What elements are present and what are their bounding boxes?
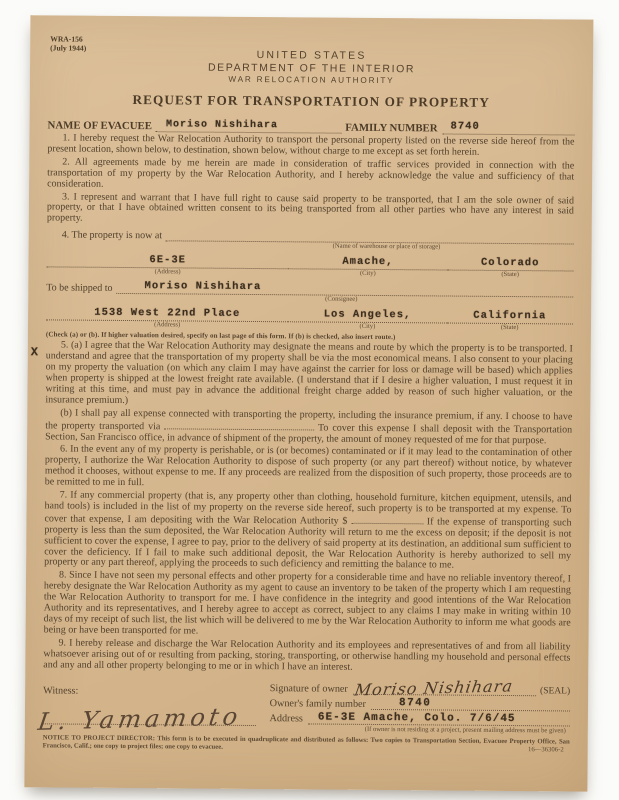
property-location-label: 4. The property is now at [47, 230, 162, 242]
gpo-print-code: 16—36306-2 [528, 746, 564, 754]
paragraph-8: 8. Since I have not seen my personal eff… [44, 571, 571, 641]
evacuee-name-field: Moriso Nishihara [156, 119, 341, 133]
paragraph-6: 6. In the event any of my property is pe… [45, 445, 572, 493]
seal-label: (SEAL) [540, 686, 570, 696]
witness-signature: L. Yamamoto [36, 702, 243, 735]
origin-state-caption: (State) [447, 270, 574, 278]
destination-city-field: Los Angeles, [288, 308, 446, 323]
project-director-notice: NOTICE TO PROJECT DIRECTOR: This form is… [43, 734, 570, 753]
document-title: REQUEST FOR TRANSPORTATION OF PROPERTY [48, 91, 575, 111]
owner-address-caption: (If owner is not residing at a project, … [269, 725, 569, 735]
paragraph-1: 1. I hereby request the War Relocation A… [47, 133, 574, 159]
family-number-label: FAMILY NUMBER [345, 122, 437, 135]
check-x-mark: X [31, 348, 38, 359]
destination-address-caption: (Address) [46, 320, 288, 329]
project-director-notice-text: NOTICE TO PROJECT DIRECTOR: This form is… [43, 734, 570, 750]
consignee-caption: (Consignee) [289, 296, 394, 304]
destination-state-caption: (State) [446, 323, 573, 331]
paragraph-5b: (b) I shall pay all expense connected wi… [45, 408, 572, 447]
deposit-amount-blank [351, 515, 423, 525]
agency-header: UNITED STATES DEPARTMENT OF THE INTERIOR… [48, 47, 575, 86]
paragraph-5a: X 5. (a) I agree that the War Relocation… [45, 341, 572, 411]
ship-to-label: To be shipped to [46, 283, 112, 295]
owner-address-row: Address 6E-3E Amache, Colo. 7/6/45 [269, 711, 569, 726]
evacuee-name-label: NAME OF EVACUEE [48, 119, 152, 132]
origin-address-caption: (Address) [46, 267, 288, 276]
owner-family-number-label: Owner's family number [270, 698, 366, 710]
owner-column: Signature of owner Moriso Nishihara (SEA… [269, 679, 570, 735]
paragraph-5a-text: 5. (a) I agree that the War Relocation A… [45, 340, 572, 406]
origin-city-caption: (City) [289, 269, 447, 278]
witness-column: Witness: L. Yamamoto [43, 677, 270, 732]
owner-signature-label: Signature of owner [270, 683, 348, 695]
owner-family-number-row: Owner's family number 8740 [270, 696, 570, 711]
family-number-field: 8740 [443, 120, 575, 135]
scanned-form-page: WRA-156 (July 1944) UNITED STATES DEPART… [24, 15, 593, 791]
owner-signature-line: Moriso Nishihara [353, 681, 536, 695]
paragraph-3: 3. I represent and warrant that I have f… [47, 192, 574, 229]
witness-label: Witness: [43, 685, 270, 698]
origin-city-field: Amache, [289, 255, 447, 270]
owner-address-line: 6E-3E Amache, Colo. 7/6/45 [308, 711, 570, 726]
transport-via-blank [164, 420, 314, 430]
owner-address-label: Address [269, 713, 302, 724]
paragraph-7: 7. If any commercial property (that is, … [44, 490, 572, 572]
paragraph-9: 9. I hereby release and discharge the Wa… [43, 638, 570, 675]
origin-state-field: Colorado [447, 256, 574, 271]
form-number: WRA-156 (July 1944) [50, 35, 86, 52]
paragraph-2: 2. All agreements made by me herein are … [47, 157, 574, 194]
form-revision-date: (July 1944) [50, 44, 86, 53]
owner-family-number-value: 8740 [399, 697, 431, 709]
owner-signature-row: Signature of owner Moriso Nishihara (SEA… [270, 681, 570, 696]
owner-address-value: 6E-3E Amache, Colo. 7/6/45 [318, 711, 516, 725]
signature-block: Witness: L. Yamamoto Signature of owner … [43, 677, 570, 735]
owner-family-number-line: 8740 [371, 696, 570, 711]
destination-state-field: California [447, 309, 574, 324]
destination-city-caption: (City) [288, 322, 446, 331]
